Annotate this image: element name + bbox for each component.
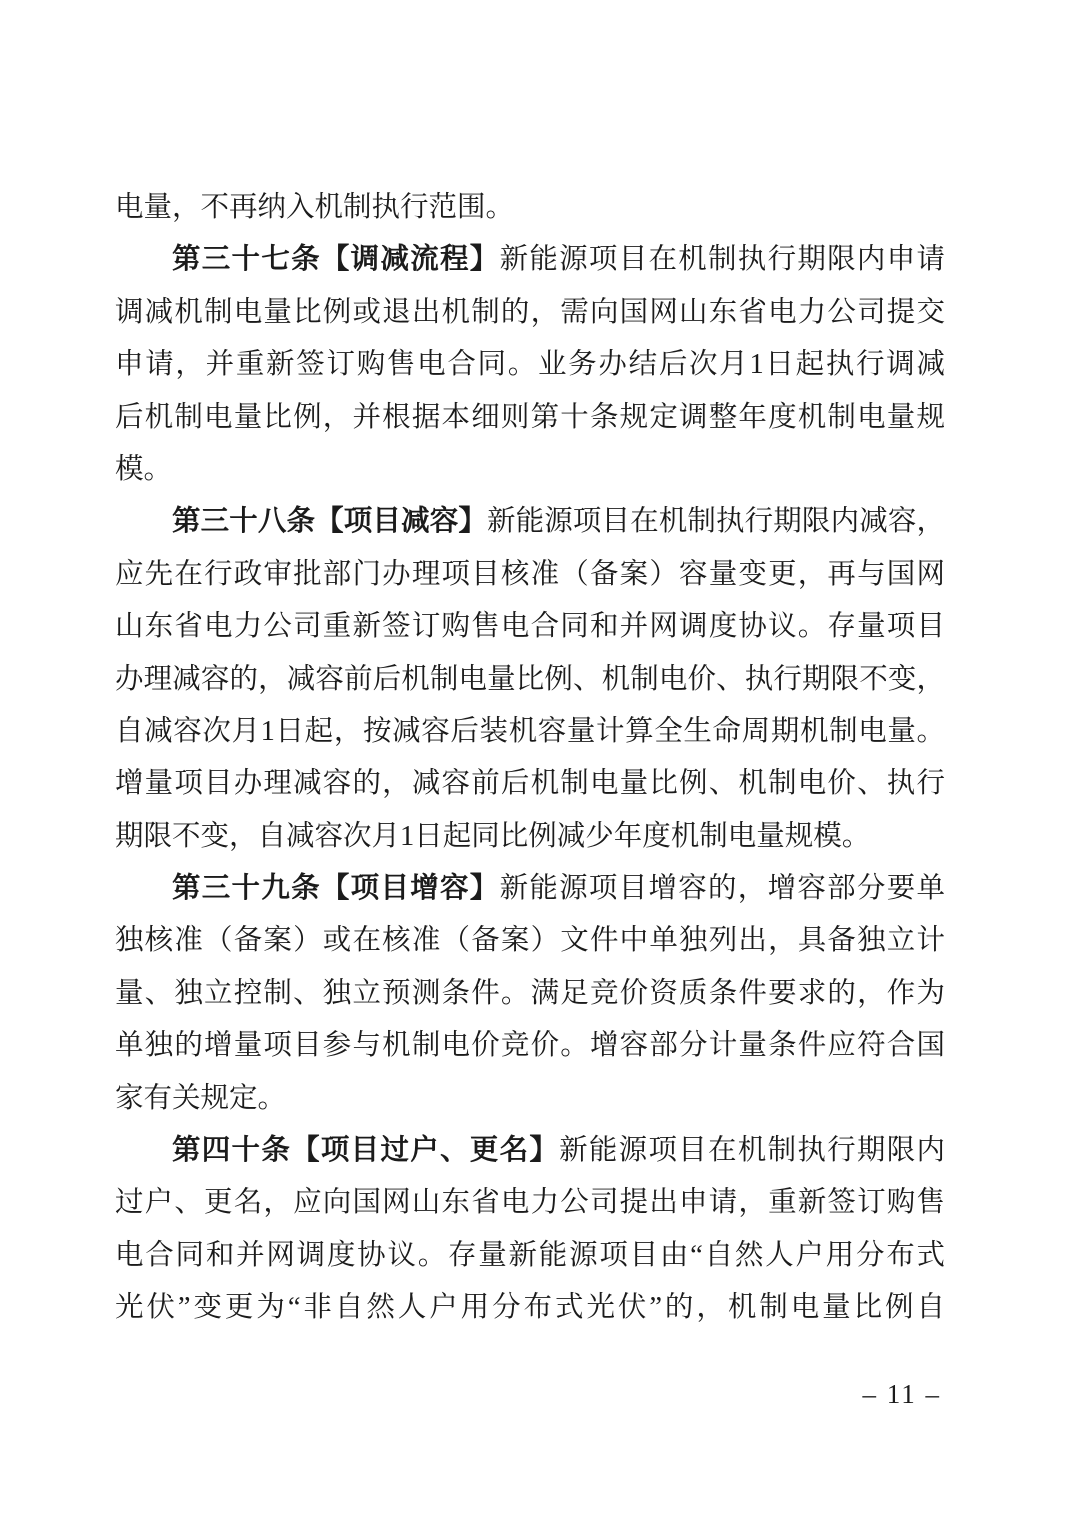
article-heading: 第三十八条【项目减容】	[172, 506, 487, 537]
line-text: 独核准（备案）或在核准（备案）文件中单独列出，具备独立计	[115, 925, 945, 956]
text-line: 期限不变，自减容次月1日起同比例减少年度机制电量规模。	[115, 811, 945, 863]
line-text: 办理减容的，减容前后机制电量比例、机制电价、执行期限不变，	[115, 664, 945, 695]
text-line: 电合同和并网调度协议。存量新能源项目由“自然人户用分布式	[115, 1230, 945, 1282]
article-heading: 第三十七条【调减流程】	[172, 244, 500, 275]
line-text: 光伏”变更为“非自然人户用分布式光伏”的，机制电量比例自	[115, 1292, 945, 1323]
text-line: 第三十九条【项目增容】新能源项目增容的，增容部分要单	[115, 863, 945, 915]
article-heading: 第三十九条【项目增容】	[172, 873, 500, 904]
text-line: 量、独立控制、独立预测条件。满足竞价资质条件要求的，作为	[115, 968, 945, 1020]
line-text: 调减机制电量比例或退出机制的，需向国网山东省电力公司提交	[115, 297, 945, 328]
text-line: 家有关规定。	[115, 1073, 945, 1125]
page-footer: – 11 –	[863, 1374, 942, 1414]
text-line: 光伏”变更为“非自然人户用分布式光伏”的，机制电量比例自	[115, 1282, 945, 1334]
line-text: 增量项目办理减容的，减容前后机制电量比例、机制电价、执行	[115, 768, 945, 799]
document-body: 电量，不再纳入机制执行范围。第三十七条【调减流程】新能源项目在机制执行期限内申请…	[115, 182, 945, 1335]
line-text: 新能源项目在机制执行期限内减容，	[487, 506, 945, 537]
text-line: 后机制电量比例，并根据本细则第十条规定调整年度机制电量规	[115, 392, 945, 444]
line-text: 后机制电量比例，并根据本细则第十条规定调整年度机制电量规	[115, 402, 945, 433]
text-line: 山东省电力公司重新签订购售电合同和并网调度协议。存量项目	[115, 601, 945, 653]
line-text: 单独的增量项目参与机制电价竞价。增容部分计量条件应符合国	[115, 1030, 945, 1061]
text-line: 调减机制电量比例或退出机制的，需向国网山东省电力公司提交	[115, 287, 945, 339]
text-line: 办理减容的，减容前后机制电量比例、机制电价、执行期限不变，	[115, 654, 945, 706]
line-text: 模。	[115, 454, 172, 485]
line-text: 期限不变，自减容次月1日起同比例减少年度机制电量规模。	[115, 821, 870, 852]
line-text: 新能源项目在机制执行期限内申请	[500, 244, 945, 275]
line-text: 新能源项目增容的，增容部分要单	[500, 873, 945, 904]
text-line: 第三十八条【项目减容】新能源项目在机制执行期限内减容，	[115, 496, 945, 548]
line-text: 量、独立控制、独立预测条件。满足竞价资质条件要求的，作为	[115, 978, 945, 1009]
text-line: 过户、更名，应向国网山东省电力公司提出申请，重新签订购售	[115, 1177, 945, 1229]
text-line: 自减容次月1日起，按减容后装机容量计算全生命周期机制电量。	[115, 706, 945, 758]
text-line: 第三十七条【调减流程】新能源项目在机制执行期限内申请	[115, 234, 945, 286]
line-text: 家有关规定。	[115, 1083, 286, 1114]
article-heading: 第四十条【项目过户、更名】	[172, 1135, 559, 1166]
line-text: 自减容次月1日起，按减容后装机容量计算全生命周期机制电量。	[115, 716, 945, 747]
text-line: 单独的增量项目参与机制电价竞价。增容部分计量条件应符合国	[115, 1020, 945, 1072]
document-page: 电量，不再纳入机制执行范围。第三十七条【调减流程】新能源项目在机制执行期限内申请…	[0, 0, 1080, 1528]
text-line: 独核准（备案）或在核准（备案）文件中单独列出，具备独立计	[115, 915, 945, 967]
line-text: 过户、更名，应向国网山东省电力公司提出申请，重新签订购售	[115, 1187, 945, 1218]
line-text: 申请，并重新签订购售电合同。业务办结后次月1日起执行调减	[115, 349, 945, 380]
text-line: 应先在行政审批部门办理项目核准（备案）容量变更，再与国网	[115, 549, 945, 601]
line-text: 应先在行政审批部门办理项目核准（备案）容量变更，再与国网	[115, 559, 945, 590]
line-text: 电合同和并网调度协议。存量新能源项目由“自然人户用分布式	[115, 1240, 945, 1271]
text-line: 申请，并重新签订购售电合同。业务办结后次月1日起执行调减	[115, 339, 945, 391]
text-line: 电量，不再纳入机制执行范围。	[115, 182, 945, 234]
line-text: 新能源项目在机制执行期限内	[559, 1135, 945, 1166]
page-number: – 11 –	[863, 1379, 942, 1409]
line-text: 山东省电力公司重新签订购售电合同和并网调度协议。存量项目	[115, 611, 945, 642]
text-line: 增量项目办理减容的，减容前后机制电量比例、机制电价、执行	[115, 758, 945, 810]
text-line: 模。	[115, 444, 945, 496]
line-text: 电量，不再纳入机制执行范围。	[115, 192, 514, 223]
text-line: 第四十条【项目过户、更名】新能源项目在机制执行期限内	[115, 1125, 945, 1177]
